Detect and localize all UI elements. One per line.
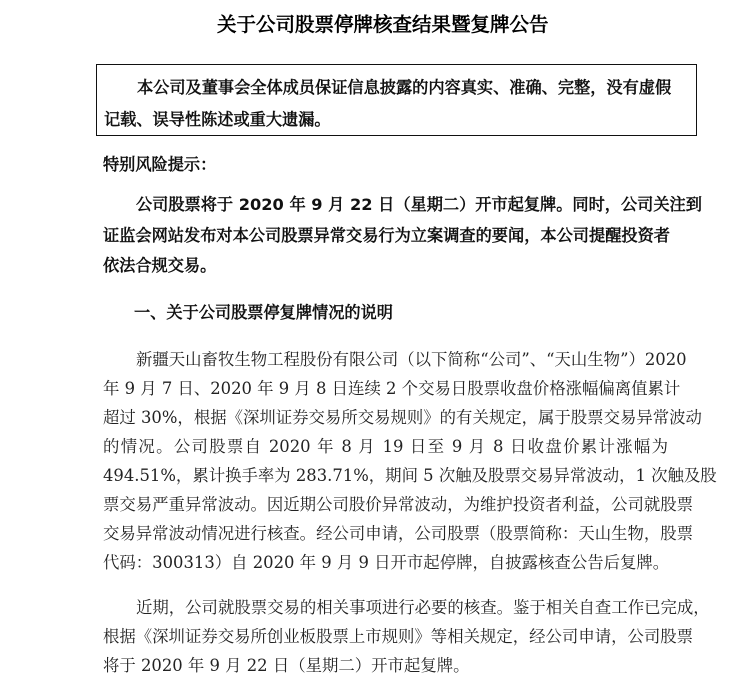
section-1-paragraph-1-line-4: 的情况。公司股票自 2020 年 8 月 19 日至 9 月 8 日收盘价累计涨… [103,437,668,457]
disclaimer-line-2: 记载、误导性陈述或重大遗漏。 [104,110,331,130]
document-title: 关于公司股票停牌核查结果暨复牌公告 [217,9,549,37]
section-1-paragraph-2-line-3: 将于 2020 年 9 月 22 日（星期二）开市起复牌。 [103,656,470,676]
section-1-paragraph-1-line-1: 新疆天山畜牧生物工程股份有限公司（以下简称“公司”、“天山生物”）2020 [136,350,668,370]
section-1-paragraph-1-line-6: 票交易严重异常波动。因近期公司股价异常波动，为维护投资者利益，公司就股票 [103,495,668,515]
risk-paragraph-line-3: 依法合规交易。 [103,256,216,276]
risk-paragraph-line-2: 证监会网站发布对本公司股票异常交易行为立案调查的要闻，本公司提醒投资者 [103,226,670,246]
section-1-paragraph-1-line-3: 超过 30%，根据《深圳证券交易所交易规则》的有关规定，属于股票交易异常波动 [103,408,668,428]
disclaimer-line-1: 本公司及董事会全体成员保证信息披露的内容真实、准确、完整，没有虚假 [137,78,671,98]
risk-heading: 特别风险提示： [103,155,216,175]
section-1-heading: 一、关于公司股票停复牌情况的说明 [134,303,393,323]
section-1-paragraph-1-line-8: 代码：300313）自 2020 年 9 月 9 日开市起停牌，自披露核查公告后… [103,553,669,573]
section-1-paragraph-1-line-7: 交易异常波动情况进行核查。经公司申请，公司股票（股票简称：天山生物，股票 [103,524,668,544]
section-1-paragraph-1-line-5: 494.51%，累计换手率为 283.71%，期间 5 次触及股票交易异常波动，… [103,466,668,486]
section-1-paragraph-2-line-1: 近期，公司就股票交易的相关事项进行必要的核查。鉴于相关自查工作已完成， [136,598,668,618]
risk-paragraph-line-1: 公司股票将于 2020 年 9 月 22 日（星期二）开市起复牌。同时，公司关注… [136,195,670,215]
section-1-paragraph-1-line-2: 年 9 月 7 日、2020 年 9 月 8 日连续 2 个交易日股票收盘价格涨… [103,379,668,399]
section-1-paragraph-2-line-2: 根据《深圳证券交易所创业板股票上市规则》等相关规定，经公司申请，公司股票 [103,627,668,647]
